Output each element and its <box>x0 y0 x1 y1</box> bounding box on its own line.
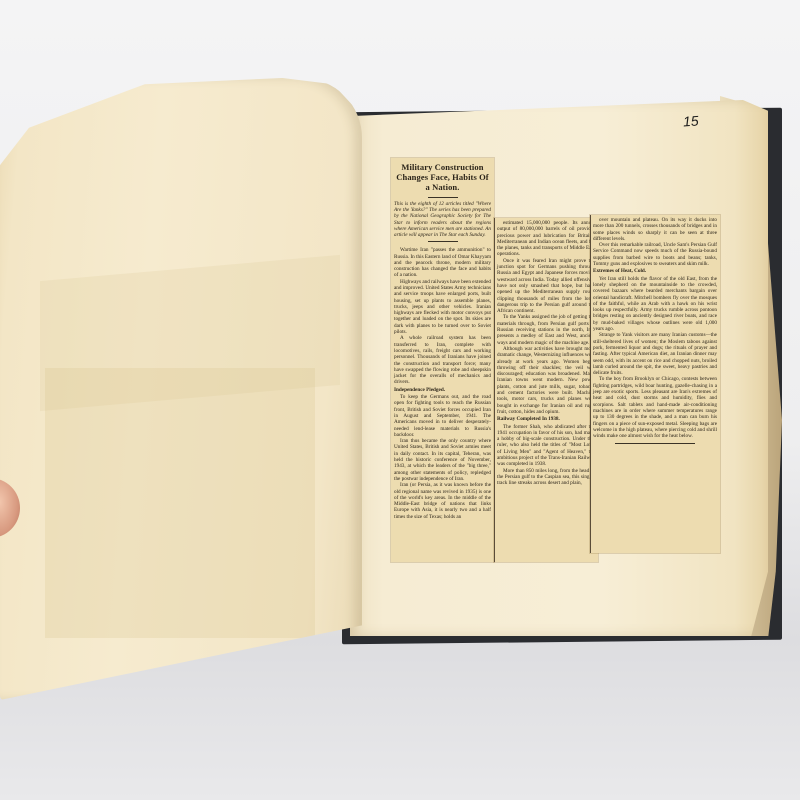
left-page[interactable] <box>0 78 362 700</box>
paragraph: Yet Iran still holds the flavor of the o… <box>593 276 717 333</box>
paragraph: More than 850 miles long, from the head … <box>497 468 595 487</box>
article-end-rule <box>615 443 695 444</box>
subhead: Independence Pledged. <box>394 387 491 393</box>
subhead: Railway Completed In 1938. <box>497 416 595 422</box>
left-page-clipping-shadow <box>45 368 315 638</box>
paragraph: Iran thus became the only country where … <box>394 438 491 482</box>
column-divider <box>494 218 495 562</box>
paragraph: Wartime Iran "passes the ammunition" to … <box>394 247 491 278</box>
paragraph: Once it was feared Iran might prove the … <box>497 258 595 315</box>
clipping-column-1: Military Construction Changes Face, Habi… <box>391 158 494 562</box>
paragraph: To the Yanks assigned the job of getting… <box>497 314 595 345</box>
paragraph: A whole railroad system has been transfe… <box>394 335 491 385</box>
column-divider <box>590 215 591 553</box>
paragraph: Over this remarkable railroad, Uncle Sam… <box>593 242 717 267</box>
intro-rule <box>428 241 458 242</box>
paragraph: Strange to Yank visitors are many Irania… <box>593 332 717 376</box>
paragraph: estimated 15,000,000 people. Its annual … <box>497 220 595 258</box>
clipping-column-3: over mountain and plateau. On its way it… <box>590 215 720 553</box>
paragraph: over mountain and plateau. On its way it… <box>593 217 717 242</box>
paragraph: Although war activities have brought mor… <box>497 346 595 415</box>
paragraph: Iran (or Persia, as it was known before … <box>394 482 491 520</box>
headline-rule <box>428 197 458 198</box>
page-number: 15 <box>682 112 699 129</box>
subhead: Extremes of Heat, Cold. <box>593 268 717 274</box>
paragraph: Highways and railways have been extended… <box>394 279 491 336</box>
paragraph: To the boy from Brooklyn or Chicago, con… <box>593 376 717 439</box>
clipping-headline: Military Construction Changes Face, Habi… <box>391 158 494 194</box>
paragraph: The former Shah, who abdicated after the… <box>497 424 595 468</box>
photo-scene: 15 Military Construction Changes Face, H… <box>0 0 800 800</box>
column-body: over mountain and plateau. On its way it… <box>590 215 720 446</box>
column-body: Wartime Iran "passes the ammunition" to … <box>391 245 494 522</box>
clipping-intro: This is the eighth of 12 articles titled… <box>391 201 494 238</box>
clipping-column-2: estimated 15,000,000 people. Its annual … <box>494 218 598 562</box>
column-body: estimated 15,000,000 people. Its annual … <box>494 218 598 488</box>
paragraph: To keep the Germans out, and the road op… <box>394 394 491 438</box>
